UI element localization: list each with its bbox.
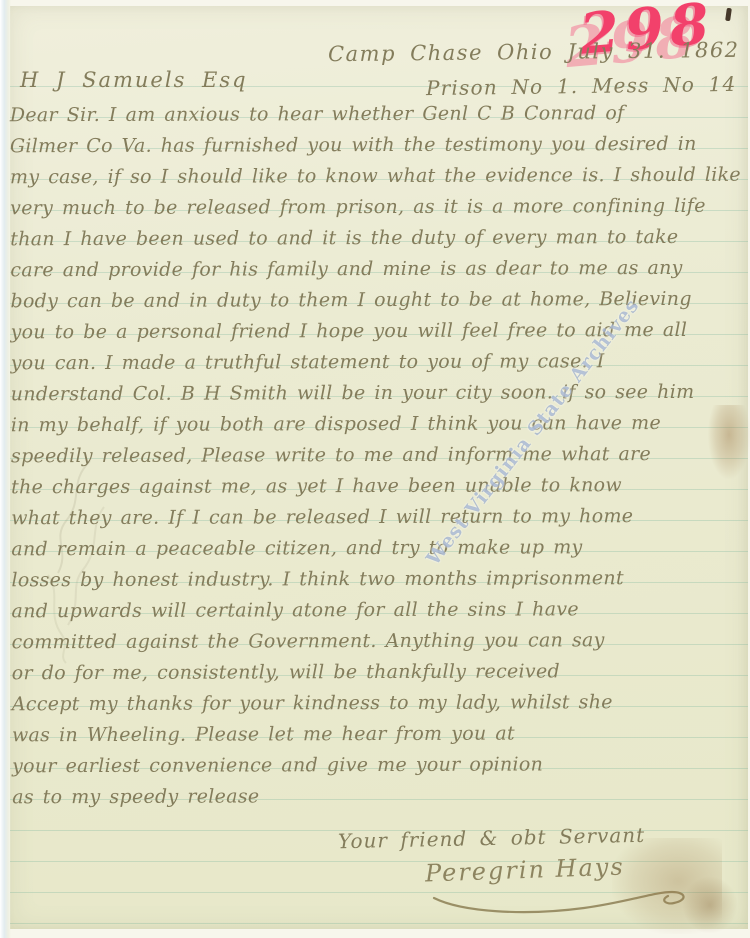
letter-line: care and provide for his family and mine…	[10, 253, 745, 287]
letter-prison-line: Prison No 1. Mess No 14	[425, 72, 736, 100]
letter-line: than I have been used to and it is the d…	[10, 222, 745, 256]
letter-line: and remain a peaceable citizen, and try …	[11, 532, 746, 566]
signature-flourish	[428, 884, 700, 918]
letter-recipient: H J Samuels Esq	[20, 68, 248, 92]
letter-line: Accept my thanks for your kindness to my…	[12, 687, 747, 721]
letter-line: committed against the Government. Anythi…	[12, 625, 747, 659]
letter-line: you to be a personal friend I hope you w…	[11, 315, 746, 349]
letter-line: Dear Sir. I am anxious to hear whether G…	[10, 98, 745, 132]
letter-line: what they are. If I can be released I wi…	[11, 501, 746, 535]
letter-body: Dear Sir. I am anxious to hear whether G…	[10, 98, 747, 814]
letter-line: the charges against me, as yet I have be…	[11, 470, 746, 504]
letter-line: in my behalf, if you both are disposed I…	[11, 408, 746, 442]
letter-line: very much to be released from prison, as…	[10, 191, 745, 225]
letter-line: Gilmer Co Va. has furnished you with the…	[10, 129, 745, 163]
scanned-letter-page: 298 Camp Chase Ohio July 31. 1862 Prison…	[0, 0, 750, 938]
letter-line: you can. I made a truthful statement to …	[11, 346, 746, 380]
letter-line: my case, if so I should like to know wha…	[10, 160, 745, 194]
letter-line: understand Col. B H Smith will be in you…	[11, 377, 746, 411]
letter-place-date: Camp Chase Ohio July 31. 1862	[328, 38, 740, 66]
letter-line: speedily released, Please write to me an…	[11, 439, 746, 473]
letter-line: and upwards will certainly atone for all…	[11, 594, 746, 628]
letter-line: losses by honest industry. I think two m…	[11, 563, 746, 597]
letter-line: as to my speedy release	[12, 780, 747, 814]
letter-line: or do for me, consistently, will be than…	[12, 656, 747, 690]
letter-line: was in Wheeling. Please let me hear from…	[12, 718, 747, 752]
letter-line: your earliest convenience and give me yo…	[12, 749, 747, 783]
